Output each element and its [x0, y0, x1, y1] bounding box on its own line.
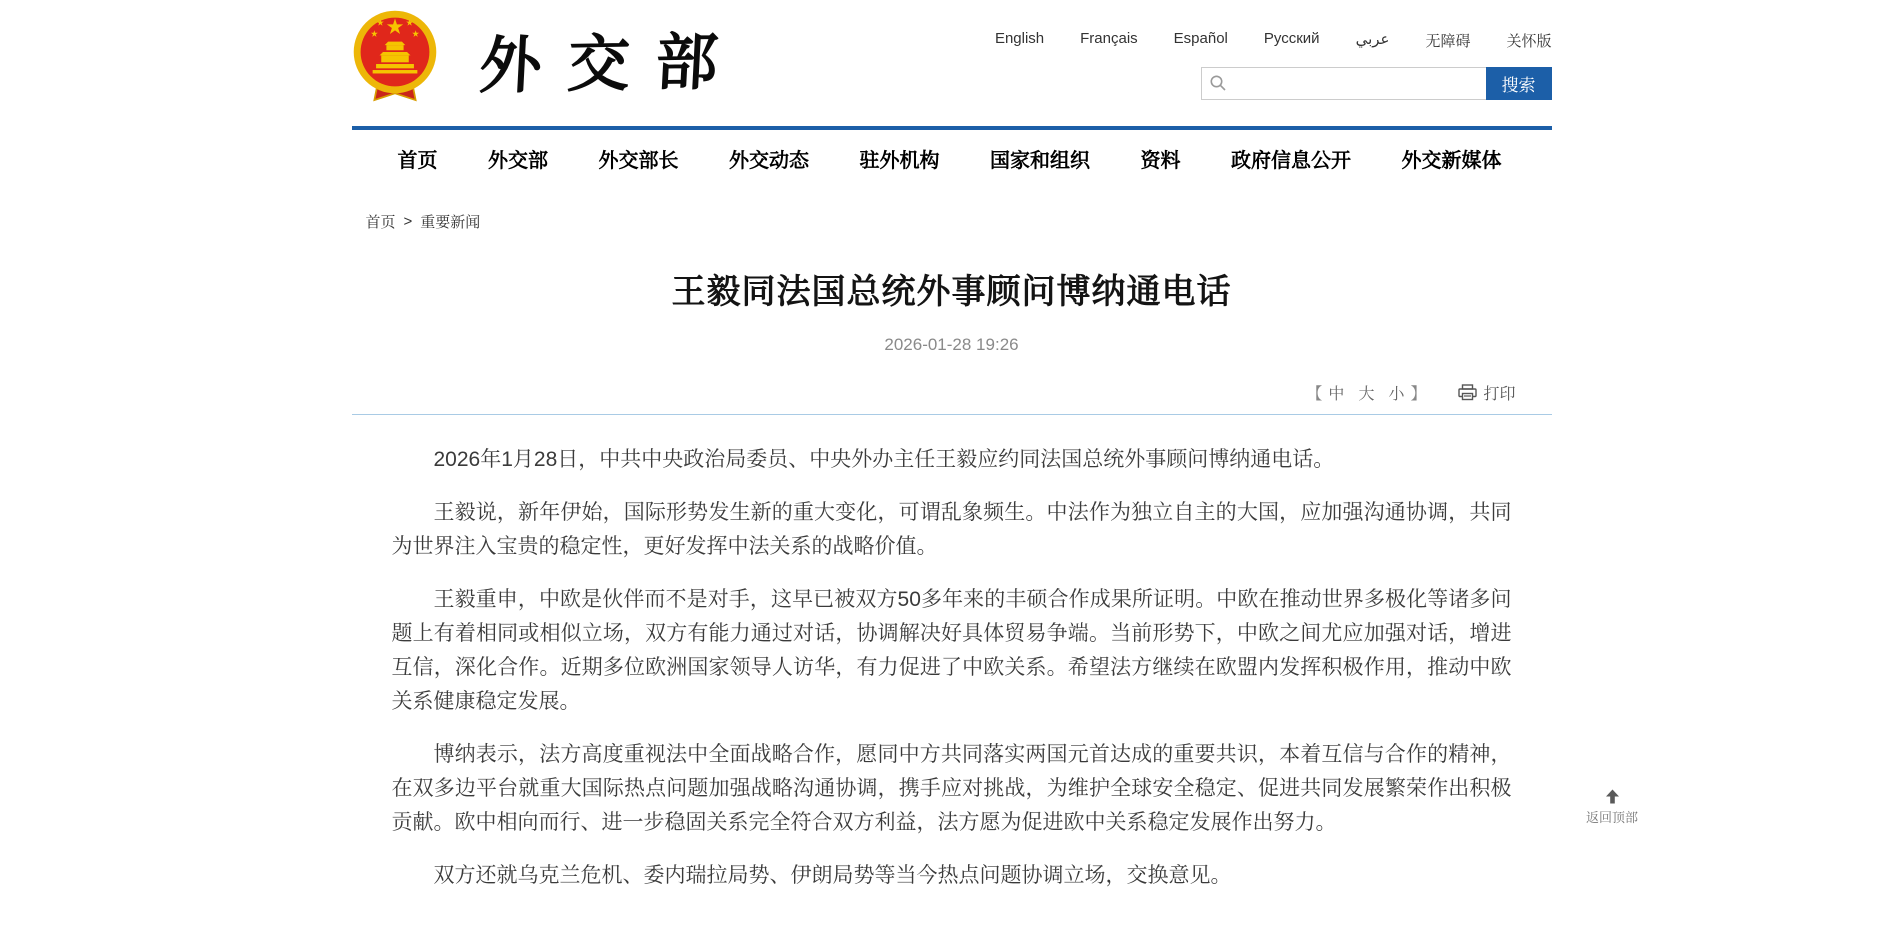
- print-button[interactable]: 打印: [1458, 381, 1515, 404]
- language-link[interactable]: English: [995, 30, 1044, 51]
- nav-item[interactable]: 首页: [398, 144, 438, 173]
- up-arrow-icon: [1604, 789, 1621, 804]
- main-nav: 首页外交部外交部长外交动态驻外机构国家和组织资料政府信息公开外交新媒体: [352, 126, 1552, 187]
- language-link[interactable]: 关怀版: [1506, 30, 1551, 51]
- article-title: 王毅同法国总统外事顾问博纳通电话: [352, 264, 1552, 313]
- breadcrumb: 首页 > 重要新闻: [352, 211, 1552, 232]
- search-bar: 搜索: [1201, 67, 1552, 100]
- article-paragraph: 王毅重申，中欧是伙伴而不是对手，这早已被双方50多年来的丰硕合作成果所证明。中欧…: [392, 583, 1512, 719]
- language-link[interactable]: Русский: [1264, 30, 1320, 51]
- nav-item[interactable]: 驻外机构: [860, 144, 940, 173]
- font-size-option[interactable]: 中: [1328, 381, 1344, 404]
- breadcrumb-separator: >: [404, 213, 413, 230]
- font-controls-bracket-close: 】: [1410, 381, 1426, 404]
- search-button[interactable]: 搜索: [1486, 67, 1552, 100]
- article-date: 2026-01-28 19:26: [352, 335, 1552, 355]
- language-links: EnglishFrançaisEspañolРусскийعربي无障碍关怀版: [995, 30, 1552, 51]
- national-emblem-icon: [352, 8, 438, 108]
- article-paragraph: 2026年1月28日，中共中央政治局委员、中央外办主任王毅应约同法国总统外事顾问…: [392, 443, 1512, 477]
- nav-item[interactable]: 国家和组织: [990, 144, 1090, 173]
- article-paragraph: 双方还就乌克兰危机、委内瑞拉局势、伊朗局势等当今热点问题协调立场，交换意见。: [392, 859, 1512, 893]
- logo-wordmark: 外交部: [477, 11, 746, 105]
- print-label: 打印: [1483, 381, 1515, 404]
- printer-icon: [1458, 384, 1477, 401]
- article-paragraph: 博纳表示，法方高度重视法中全面战略合作，愿同中方共同落实两国元首达成的重要共识，…: [392, 738, 1512, 840]
- article-toolbar: 【 中大小 】 打印: [352, 381, 1552, 404]
- nav-item[interactable]: 外交部长: [599, 144, 679, 173]
- header-right: EnglishFrançaisEspañolРусскийعربي无障碍关怀版 …: [995, 30, 1552, 100]
- article-paragraph: 王毅说，新年伊始，国际形势发生新的重大变化，可谓乱象频生。中法作为独立自主的大国…: [392, 496, 1512, 564]
- site-logo[interactable]: 外交部: [352, 8, 744, 108]
- font-controls-bracket-open: 【: [1306, 381, 1322, 404]
- nav-item[interactable]: 外交新媒体: [1402, 144, 1502, 173]
- breadcrumb-current[interactable]: 重要新闻: [420, 211, 480, 232]
- back-to-top-label: 返回顶部: [1586, 807, 1638, 826]
- nav-item[interactable]: 外交动态: [729, 144, 809, 173]
- language-link[interactable]: Español: [1174, 30, 1228, 51]
- breadcrumb-home-link[interactable]: 首页: [366, 211, 396, 232]
- nav-item[interactable]: 政府信息公开: [1231, 144, 1351, 173]
- language-link[interactable]: عربي: [1356, 30, 1390, 51]
- nav-item[interactable]: 资料: [1141, 144, 1181, 173]
- article-body: 2026年1月28日，中共中央政治局委员、中央外办主任王毅应约同法国总统外事顾问…: [352, 415, 1552, 893]
- language-link[interactable]: 无障碍: [1425, 30, 1470, 51]
- font-size-option[interactable]: 小: [1388, 381, 1404, 404]
- font-size-option[interactable]: 大: [1358, 381, 1374, 404]
- back-to-top-button[interactable]: 返回顶部: [1576, 789, 1648, 826]
- page: 外交部 EnglishFrançaisEspañolРусскийعربي无障碍…: [0, 0, 1903, 927]
- site-header: 外交部 EnglishFrançaisEspañolРусскийعربي无障碍…: [352, 0, 1552, 126]
- language-link[interactable]: Français: [1080, 30, 1138, 51]
- nav-item[interactable]: 外交部: [488, 144, 548, 173]
- search-input[interactable]: [1201, 67, 1486, 100]
- font-size-controls: 中大小: [1328, 381, 1404, 404]
